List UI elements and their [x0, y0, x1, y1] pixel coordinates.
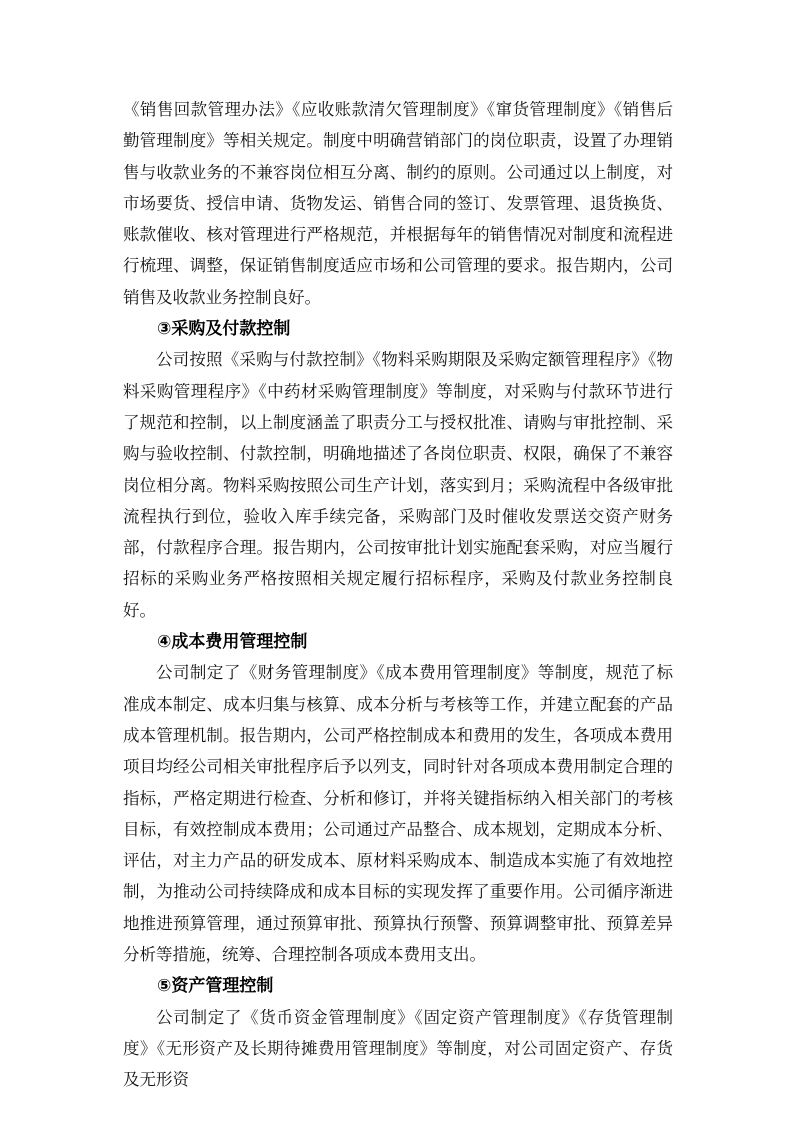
- paragraph-procurement-payment-control: 公司按照《采购与付款控制》《物料采购期限及采购定额管理程序》《物料采购管理程序》…: [123, 344, 673, 626]
- section-heading-procurement-payment-control: ③采购及付款控制: [123, 313, 673, 344]
- document-page: 《销售回款管理办法》《应收账款清欠管理制度》《窜货管理制度》《销售后勤管理制度》…: [0, 0, 794, 1122]
- section-heading-cost-expense-management-control: ④成本费用管理控制: [123, 626, 673, 657]
- document-body: 《销售回款管理办法》《应收账款清欠管理制度》《窜货管理制度》《销售后勤管理制度》…: [123, 94, 673, 1096]
- paragraph-asset-management-control-truncated: 公司制定了《货币资金管理制度》《固定资产管理制度》《存货管理制度》《无形资产及长…: [123, 1002, 673, 1096]
- section-heading-asset-management-control: ⑤资产管理控制: [123, 970, 673, 1001]
- paragraph-cost-expense-management-control: 公司制定了《财务管理制度》《成本费用管理制度》等制度，规范了标准成本制定、成本归…: [123, 657, 673, 970]
- paragraph-sales-collection-control-continued: 《销售回款管理办法》《应收账款清欠管理制度》《窜货管理制度》《销售后勤管理制度》…: [123, 94, 673, 313]
